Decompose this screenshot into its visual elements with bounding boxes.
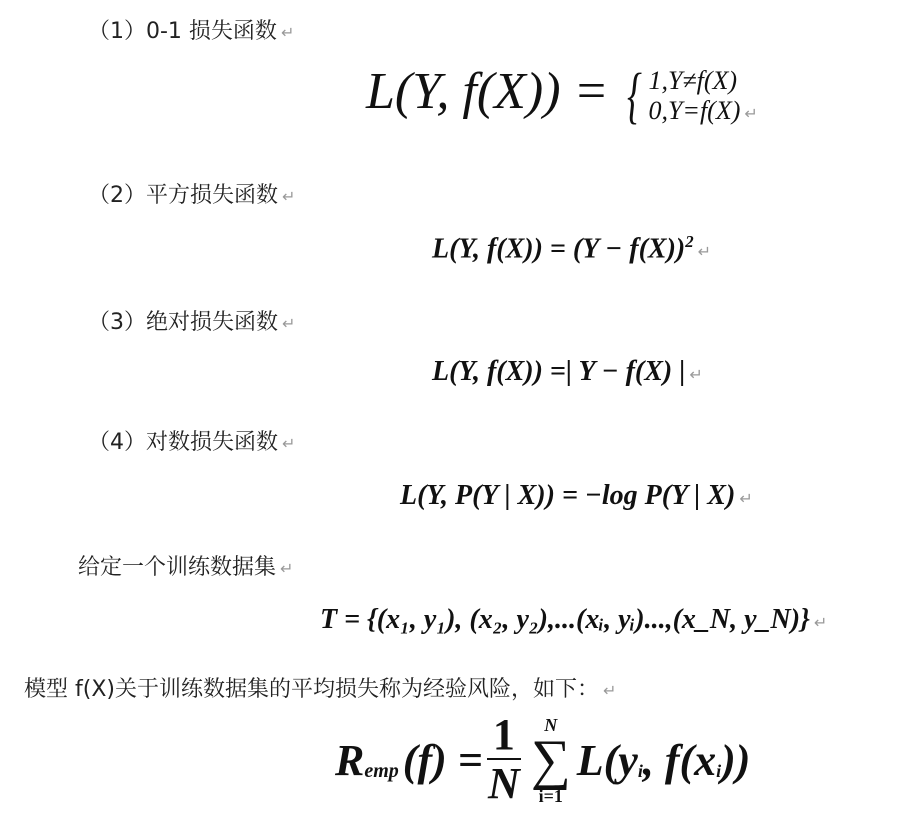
heading-squared-loss: （2）平方损失函数↵ — [88, 178, 295, 209]
intro-text: 给定一个训练数据集 — [78, 555, 276, 580]
paragraph-mark-icon: ↵ — [603, 681, 616, 700]
heading-text: （3）绝对损失函数 — [88, 310, 278, 335]
paragraph-mark-icon: ↵ — [744, 104, 757, 123]
heading-text: （1）0-1 损失函数 — [88, 19, 277, 44]
empirical-risk-description: 模型 f(X)关于训练数据集的平均损失称为经验风险，如下：↵ — [24, 672, 616, 703]
exponent: 2 — [685, 232, 693, 251]
sum-lower-limit: i=1 — [539, 787, 563, 805]
heading-01-loss: （1）0-1 损失函数↵ — [88, 14, 294, 45]
paragraph-mark-icon: ↵ — [282, 187, 295, 206]
heading-log-loss: （4）对数损失函数↵ — [88, 425, 295, 456]
formula-text: T = {(x₁, y₁), (x₂, y₂),...(xᵢ, yᵢ)...,(… — [320, 604, 810, 635]
left-brace-icon: { — [627, 65, 642, 127]
risk-argument: (f) = — [403, 735, 483, 786]
formula-absolute-loss: L(Y, f(X)) =| Y − f(X) |↵ — [432, 356, 703, 388]
fraction: 1 N — [487, 712, 521, 809]
paragraph-mark-icon: ↵ — [698, 242, 711, 261]
paragraph-mark-icon: ↵ — [282, 314, 295, 333]
summation: N ∑ i=1 — [531, 716, 571, 805]
formula-text: L(Y, P(Y | X)) = −log P(Y | X) — [400, 480, 735, 511]
fraction-numerator: 1 — [487, 712, 521, 760]
case-row-1: 1,Y≠f(X) — [648, 66, 757, 96]
formula-training-set: T = {(x₁, y₁), (x₂, y₂),...(xᵢ, yᵢ)...,(… — [320, 604, 827, 636]
sigma-icon: ∑ — [531, 734, 571, 787]
training-set-intro: 给定一个训练数据集↵ — [78, 550, 293, 581]
loss-body-mid: , f(x — [643, 735, 716, 786]
heading-absolute-loss: （3）绝对损失函数↵ — [88, 305, 295, 336]
formula-text: L(Y, f(X)) = (Y − f(X)) — [432, 233, 685, 264]
risk-subscript: emp — [364, 760, 398, 783]
formula-text: L(Y, f(X)) =| Y − f(X) | — [432, 356, 685, 387]
loss-body-end: )) — [721, 735, 750, 786]
paragraph-mark-icon: ↵ — [282, 434, 295, 453]
cases-block: { 1,Y≠f(X) 0,Y=f(X)↵ — [622, 65, 758, 127]
formula-lhs: L(Y, f(X)) = — [366, 63, 609, 120]
paragraph-mark-icon: ↵ — [739, 489, 752, 508]
risk-symbol: R — [335, 735, 364, 786]
heading-text: （4）对数损失函数 — [88, 430, 278, 455]
loss-body: L(y — [577, 735, 638, 786]
paragraph-mark-icon: ↵ — [281, 23, 294, 42]
description-text: 模型 f(X)关于训练数据集的平均损失称为经验风险，如下： — [24, 677, 599, 702]
paragraph-mark-icon: ↵ — [814, 613, 827, 632]
paragraph-mark-icon: ↵ — [280, 559, 293, 578]
heading-text: （2）平方损失函数 — [88, 183, 278, 208]
formula-log-loss: L(Y, P(Y | X)) = −log P(Y | X)↵ — [400, 480, 753, 512]
formula-empirical-risk: Remp (f) = 1 N N ∑ i=1 L(yi , f(xi )) — [335, 712, 750, 809]
case-row-2: 0,Y=f(X)↵ — [648, 96, 757, 126]
formula-squared-loss: L(Y, f(X)) = (Y − f(X))2↵ — [432, 232, 711, 265]
formula-01-loss: L(Y, f(X)) = { 1,Y≠f(X) 0,Y=f(X)↵ — [366, 62, 758, 127]
fraction-denominator: N — [488, 760, 520, 808]
paragraph-mark-icon: ↵ — [689, 365, 702, 384]
